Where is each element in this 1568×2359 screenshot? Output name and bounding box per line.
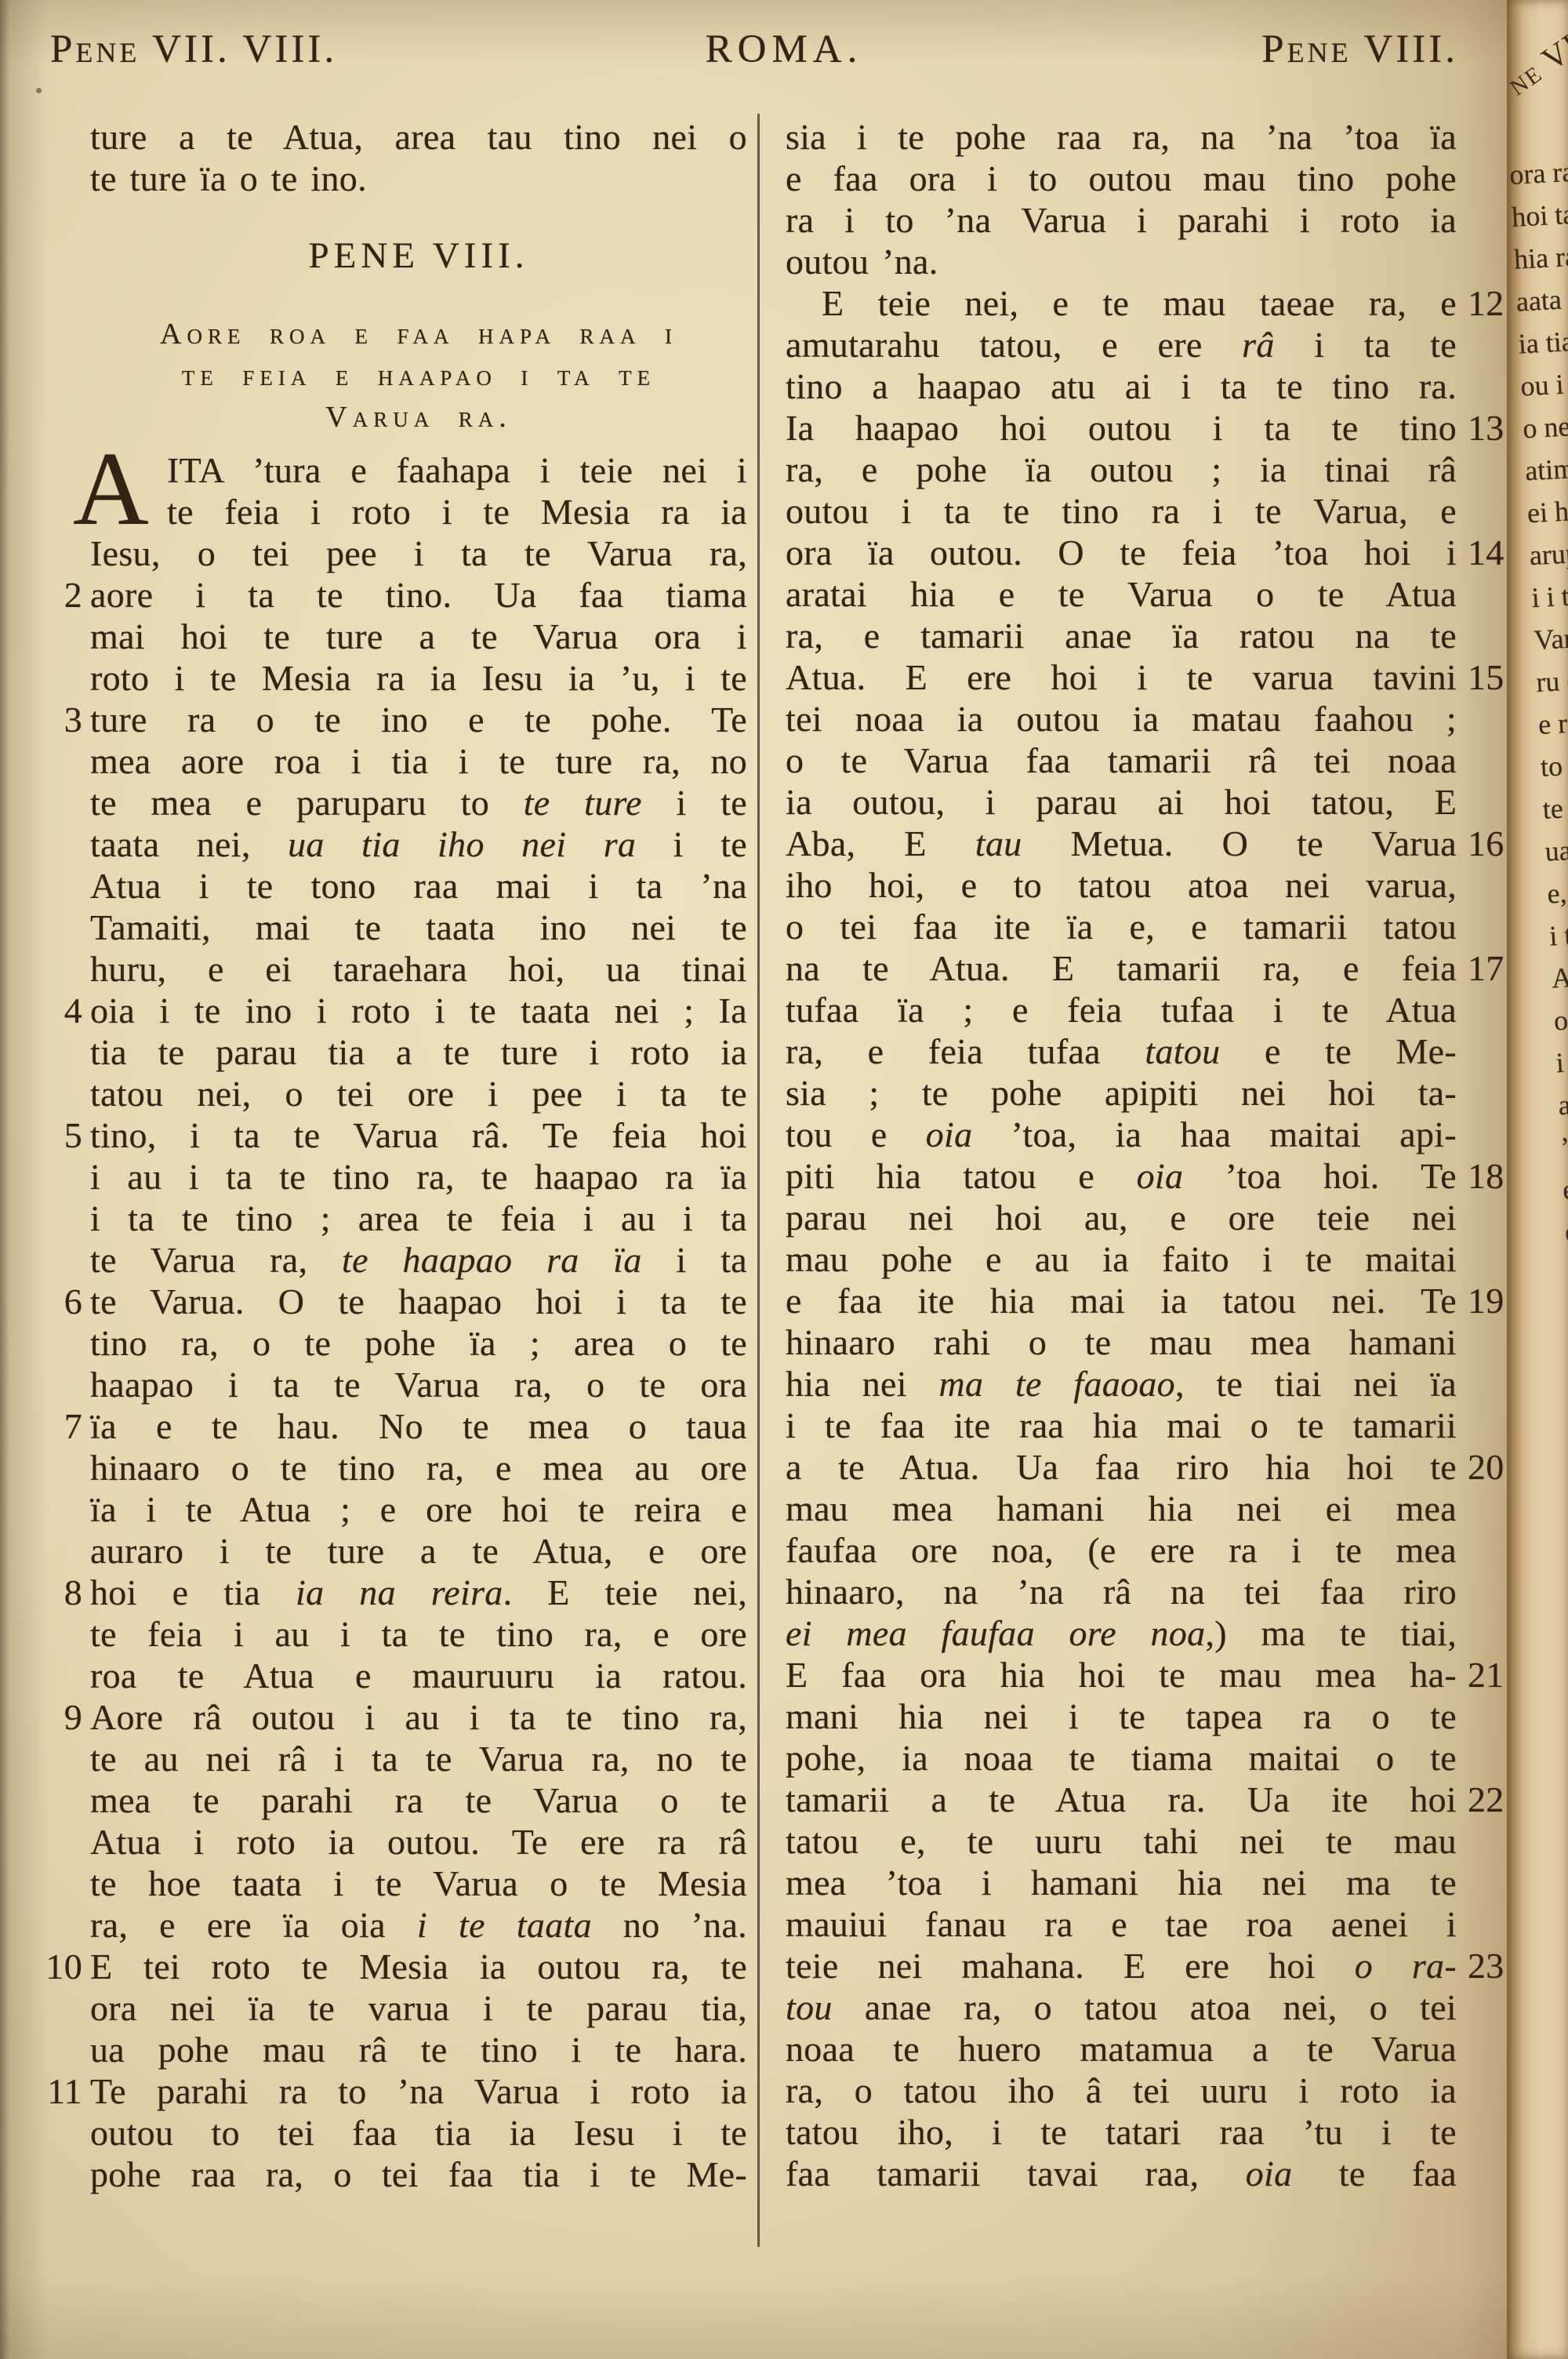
left-verse-line: te feia i roto i te Mesia ra ia [90,491,747,533]
right-verse-line: sia ; te pohe apipiti nei hoi ta- [786,1072,1457,1114]
right-verse-line: sia i te pohe raa ra, na ’na ’toa ïa [786,116,1457,158]
line-text: ïa e te hau. No te mea o taua [90,1406,747,1446]
line-text: ra, o tatou iho â tei uuru i roto ia [786,2070,1457,2110]
edge-text-fragment: ’na Tama [1559,1120,1568,1169]
line-text: ora ïa outou. O te feia ’toa hoi i [786,533,1457,572]
left-verse-line: ra, e ere ïa oia i te taata no ’na. [90,1904,747,1946]
left-verse-line: mea te parahi ra te Varua o te [90,1779,747,1821]
left-verse-line: te au nei râ i ta te Varua ra, no te [90,1738,747,1779]
left-verse-line: ture a te Atua, area tau tino nei o [90,116,747,158]
right-verse-line: e faa ora i to outou mau tino pohe [786,158,1457,199]
right-verse-line: tufaa ïa ; e feia tufaa i te Atua [786,989,1457,1030]
left-verse-line: Atua i roto ia outou. Te ere ra râ [90,1821,747,1863]
line-text: faa tamarii tavai raa, oia te faa [786,2154,1457,2194]
left-verse-line: ITA ’tura e faahapa i teie nei i [90,449,747,491]
left-verse-line: 10E tei roto te Mesia ia outou ra, te [90,1946,747,1987]
line-text: Iesu, o tei pee i ta te Varua ra, [90,533,747,573]
section-heading-line: Aore roa e faa hapa raa i [90,314,747,355]
line-text: auraro i te ture a te Atua, e ore [90,1531,747,1571]
running-head-right: Pene VIII. [1261,27,1458,72]
left-verse-line: i ta te tino ; area te feia i au i ta [90,1198,747,1239]
right-verse-line: outou i ta te tino ra i te Varua, e [786,490,1457,532]
line-text: ra, e ere ïa oia i te taata no ’na. [90,1905,747,1945]
left-verse-line: haapao i ta te Varua ra, o te ora [90,1364,747,1405]
line-text: Atua. E ere hoi i te varua tavini [786,657,1457,697]
line-text: o te Varua faa tamarii râ tei noaa [786,740,1457,780]
line-text: ei mea faufaa ore noa,) ma te tiai, [786,1613,1457,1653]
right-verse-line: tino a haapao atu ai i ta te tino ra. [786,365,1457,407]
right-verse-line: mea ’toa i hamani hia nei ma te [786,1862,1457,1903]
left-verse-line: 2aore i ta te tino. Ua faa tiama [90,574,747,616]
line-text: te au nei râ i ta te Varua ra, no te [90,1739,747,1779]
line-text: mea te parahi ra te Varua o te [90,1780,747,1820]
right-verse-line: ia outou, i parau ai hoi tatou, E [786,781,1457,823]
right-column-verses: sia i te pohe raa ra, na ’na ’toa ïae fa… [786,116,1457,2194]
verse-number: 22 [1468,1779,1504,1820]
right-verse-line: 21E faa ora hia hoi te mau mea ha- [786,1654,1457,1696]
left-column-body: A ITA ’tura e faahapa i teie nei ite fei… [90,449,747,2195]
line-text: i te faa ite raa hia mai o te tamarii [786,1405,1457,1445]
line-text: Ia haapao hoi outou i ta te tino [786,408,1457,448]
edge-text-fragment: atimauu or [1524,444,1568,493]
line-text: ra, e feia tufaa tatou e te Me- [786,1031,1457,1071]
edge-text-fragment: i i te mea [1530,570,1568,619]
next-page-corner-heading: ne VIII. [1507,6,1568,104]
line-text: ora nei ïa te varua i te parau tia, [90,1988,747,2028]
left-verse-line: tino ra, o te pohe ïa ; area o te [90,1322,747,1364]
right-verse-line: o te Varua faa tamarii râ tei noaa [786,740,1457,781]
verse-number: 19 [1468,1280,1504,1321]
running-head-left: Pene VII. VIII. [50,27,337,72]
next-page-fore-edge: ne VIII. ora raa i tohoi tatou ihia ra, … [1507,0,1568,2359]
right-verse-line: outou ’na. [786,241,1457,282]
line-text: hoi e tia ia na reira. E teie nei, [90,1572,747,1612]
line-text: piti hia tatou e oia ’toa hoi. Te [786,1156,1457,1196]
right-verse-line: hia nei ma te faaoao, te tiai nei ïa [786,1363,1457,1405]
verse-number: 5 [64,1114,82,1156]
left-verse-line: Tamaiti, mai te taata ino nei te [90,907,747,948]
left-verse-line: outou to tei faa tia ia Iesu i te [90,2112,747,2154]
next-page-text-fragments: ora raa i tohoi tatou ihia ra, e eraata … [1508,147,1568,2268]
line-text: tei noaa ia outou ia matau faahou ; [786,699,1457,739]
line-text: Aba, E tau Metua. O te Varua [786,823,1457,863]
edge-text-fragment: hoi tatou i [1511,190,1568,238]
verse-number: 3 [64,699,82,740]
line-text: parau nei hoi au, e ore teie nei [786,1198,1457,1238]
line-text: outou i ta te tino ra i te Varua, e [786,491,1457,531]
line-text: te mea e paruparu to te ture i te [90,783,747,823]
left-column: ture a te Atua, area tau tino nei ote tu… [90,116,747,2195]
right-verse-line: 12E teie nei, e te mau taeae ra, e [786,282,1457,324]
verse-number: 11 [47,2070,82,2112]
left-verse-line: 6te Varua. O te haapao hoi i ta te [90,1281,747,1322]
right-verse-line: faufaa ore noa, (e ere ra i te mea [786,1529,1457,1571]
line-text: i ta te tino ; area te feia i au i ta [90,1198,747,1238]
edge-text-fragment: ia tiai atu i [1517,317,1568,365]
right-verse-line: amutarahu tatou, e ere râ i ta te [786,324,1457,365]
line-text: te feia i roto i te Mesia ra ia [167,492,747,532]
edge-text-fragment: to te Varu [1540,740,1568,788]
right-verse-line: o tei faa ite ïa e, e tamarii tatou [786,906,1457,947]
right-verse-line: pohe, ia noaa te tiama maitai o te [786,1737,1457,1779]
line-text: hinaaro rahi o te mau mea hamani [786,1322,1457,1362]
line-text: a te Atua. Ua faa riro hia hoi te [786,1447,1457,1487]
line-text: outou to tei faa tia ia Iesu i te [90,2113,747,2153]
right-verse-line: parau nei hoi au, e ore teie nei [786,1197,1457,1238]
left-verse-line: 9Aore râ outou i au i ta te tino ra, [90,1696,747,1738]
right-verse-line: 22tamarii a te Atua ra. Ua ite hoi [786,1779,1457,1820]
right-verse-line: ra, e tamarii anae ïa ratou na te [786,615,1457,656]
line-text: ïa i te Atua ; e ore hoi te reira e [90,1489,747,1529]
line-text: hinaaro o te tino ra, e mea au ore [90,1448,747,1488]
right-verse-line: 14ora ïa outou. O te feia ’toa hoi i [786,532,1457,573]
right-verse-line: 23teie nei mahana. E ere hoi o ra- [786,1945,1457,1986]
line-text: Atua i te tono raa mai i ta ’na [90,866,747,906]
right-verse-line: 13Ia haapao hoi outou i ta te tino [786,407,1457,449]
right-verse-line: tatou iho, i te tatari raa ’tu i te [786,2111,1457,2153]
verse-number: 9 [64,1696,82,1738]
verse-number: 13 [1468,407,1504,449]
verse-number: 7 [64,1405,82,1447]
line-text: tatou iho, i te tatari raa ’tu i te [786,2112,1457,2152]
right-column: sia i te pohe raa ra, na ’na ’toa ïae fa… [786,116,1457,2194]
line-text: tou e oia ’toa, ia haa maitai api- [786,1114,1457,1154]
left-verse-line: te ture ïa o te ino. [90,158,747,199]
line-text: ra, e tamarii anae ïa ratou na te [786,616,1457,656]
right-verse-line: 16Aba, E tau Metua. O te Varua [786,823,1457,864]
line-text: o tei faa ite ïa e, e tamarii tatou [786,907,1457,947]
right-verse-line: 17na te Atua. E tamarii ra, e feia [786,947,1457,989]
line-text: mau mea hamani hia nei ei mea [786,1488,1457,1528]
right-verse-line: 20a te Atua. Ua faa riro hia hoi te [786,1446,1457,1488]
verse-number: 12 [1468,282,1504,324]
line-text: outou ’na. [786,242,938,282]
line-text: aore i ta te tino. Ua faa tiama [90,575,747,615]
left-verse-line: mea aore roa i tia i te ture ra, no [90,740,747,782]
edge-text-fragment: i te mai [1548,909,1568,958]
column-divider-rule [757,114,760,2247]
line-text: ua pohe mau râ te tino i te hara. [90,2030,747,2070]
line-text: ture ra o te ino e te pohe. Te [90,700,747,740]
right-verse-line: tatou e, te uuru tahi nei te mau [786,1820,1457,1862]
running-head-title: ROMA. [643,27,925,72]
line-text: ITA ’tura e faahapa i teie nei i [167,450,747,490]
verse-number: 4 [64,990,82,1031]
line-text: i au i ta te tino ra, te haapao ra ïa [90,1157,747,1197]
edge-text-fragment: i mutaa [1555,1036,1568,1085]
edge-text-fragment: e rave [1564,1205,1568,1253]
left-verse-line: ora nei ïa te varua i te parau tia, [90,1987,747,2029]
left-verse-line: ïa i te Atua ; e ore hoi te reira e [90,1488,747,1530]
right-verse-line: iho hoi, e to tatou atoa nei varua, [786,864,1457,906]
line-text: E teie nei, e te mau taeae ra, e [822,283,1457,323]
right-verse-line: ra, e pohe ïa outou ; ia tinai râ [786,449,1457,490]
line-text: aratai hia e te Varua o te Atua [786,574,1457,614]
line-text: noaa te huero matamua a te Varua [786,2029,1457,2069]
edge-text-fragment: Varua ih [1533,612,1568,661]
right-verse-line: mau mea hamani hia nei ei mea [786,1488,1457,1529]
line-text: roa te Atua e mauruuru ia ratou. [90,1656,747,1696]
line-text: ia outou, i parau ai hoi tatou, E [786,782,1457,822]
line-text: e faa ora i to outou mau tino pohe [786,158,1457,198]
line-text: sia ; te pohe apipiti nei hoi ta- [786,1073,1457,1113]
edge-text-fragment: aata hoi i [1515,274,1568,323]
line-text: tamarii a te Atua ra. Ua ite hoi [786,1779,1457,1819]
line-text: tino ra, o te pohe ïa ; area o te [90,1323,747,1363]
left-verse-line: roa te Atua e mauruuru ia ratou. [90,1655,747,1696]
section-heading: Aore roa e faa hapa raa i te feia e haap… [90,314,747,438]
line-text: mai hoi te ture a te Varua ora i [90,616,747,656]
line-text: pohe raa ra, o tei faa tia i te Me- [90,2154,747,2194]
left-verse-line: pohe raa ra, o tei faa tia i te Me- [90,2154,747,2195]
edge-text-fragment: e, te faa [1546,867,1568,915]
line-text: mauiui fanau ra e tae roa aenei i [786,1904,1457,1944]
edge-text-fragment: hia ra, e er [1513,232,1568,281]
line-text: Atua i roto ia outou. Te ere ra râ [90,1822,747,1862]
line-text: haapao i ta te Varua ra, o te ora [90,1365,747,1405]
verse-number: 17 [1468,947,1504,989]
right-verse-line: ra i to ’na Varua i parahi i roto ia [786,199,1457,241]
left-verse-line: te Varua ra, te haapao ra ïa i ta [90,1239,747,1281]
left-verse-line: roto i te Mesia ra ia Iesu ia ’u, i te [90,657,747,699]
right-verse-line: 18piti hia tatou e oia ’toa hoi. Te [786,1155,1457,1197]
right-verse-line: hinaaro rahi o te mau mea hamani [786,1321,1457,1363]
edge-text-fragment: e ra oia o [1537,697,1568,746]
right-verse-line: noaa te huero matamua a te Varua [786,2028,1457,2070]
section-heading-line: te feia e haapao i ta te [90,355,747,397]
left-verse-line: auraro i te ture a te Atua, e ore [90,1530,747,1572]
line-text: ture a te Atua, area tau tino nei o [90,117,747,157]
left-verse-line: tia te parau tia a te ture i roto ia [90,1031,747,1073]
line-text: teie nei mahana. E ere hoi o ra- [786,1946,1457,1986]
line-text: tino, i ta te Varua râ. Te feia hoi [90,1115,747,1155]
right-verse-line: ra, o tatou iho â tei uuru i roto ia [786,2070,1457,2111]
left-verse-line: te hoe taata i te Varua o te Mesia [90,1863,747,1904]
line-text: tou anae ra, o tatou atoa nei, o tei [786,1987,1457,2027]
left-column-verses: ITA ’tura e faahapa i teie nei ite feia … [90,449,747,2195]
edge-text-fragment: aruparu, a [1528,528,1568,576]
line-text: tino a haapao atu ai i ta te tino ra. [786,366,1457,406]
right-verse-line: i te faa ite raa hia mai o te tamarii [786,1405,1457,1446]
line-text: Aore râ outou i au i ta te tino ra, [90,1697,747,1737]
edge-text-fragment: aapao ate [1557,1078,1568,1127]
verse-number: 2 [64,574,82,616]
line-text: tia te parau tia a te ture i roto ia [90,1032,747,1072]
left-verse-line: 11Te parahi ra to ’na Varua i roto ia [90,2070,747,2112]
line-text: te ture ïa o te ino. [90,158,367,198]
edge-text-fragment: o nei hoi [1522,402,1568,450]
left-verse-line: te mea e paruparu to te ture i te [90,782,747,823]
left-verse-line: taata nei, ua tia iho nei ra i te [90,823,747,865]
line-text: faufaa ore noa, (e ere ra i te mea [786,1530,1457,1570]
line-text: te Varua. O te haapao hoi i ta te [90,1281,747,1321]
right-verse-line: mauiui fanau ra e tae roa aenei i [786,1903,1457,1945]
line-text: te hoe taata i te Varua o te Mesia [90,1863,747,1903]
line-text: Tamaiti, mai te taata ino nei te [90,907,747,947]
line-text: taata nei, ua tia iho nei ra i te [90,824,747,864]
verse-number: 18 [1468,1155,1504,1197]
verse-number: 15 [1468,656,1504,698]
right-verse-line: ra, e feia tufaa tatou e te Me- [786,1030,1457,1072]
left-verse-line: i au i ta te tino ra, te haapao ra ïa [90,1156,747,1198]
line-text: roto i te Mesia ra ia Iesu ia ’u, i te [90,658,747,698]
line-text: sia i te pohe raa ra, na ’na ’toa ïa [786,117,1457,157]
line-text: mea ’toa i hamani hia nei ma te [786,1863,1457,1903]
right-verse-line: faa tamarii tavai raa, oia te faa [786,2153,1457,2194]
right-verse-line: mau pohe e au ia faito i te maitai [786,1238,1457,1280]
edge-text-fragment: ei hoi te [1526,486,1568,535]
verse-number: 6 [64,1281,82,1322]
line-text: te feia i au i ta te tino ra, e ore [90,1614,747,1654]
right-verse-line: tou e oia ’toa, ia haa maitai api- [786,1114,1457,1155]
verse-number: 23 [1468,1945,1504,1986]
section-heading-line: Varua ra. [90,397,747,438]
edge-text-fragment: Atua, t [1551,951,1568,1000]
line-text: tatou e, te uuru tahi nei te mau [786,1821,1457,1861]
left-verse-line: ua pohe mau râ te tino i te hara. [90,2029,747,2070]
line-text: huru, e ei taraehara hoi, ua tinai [90,949,747,989]
line-text: mea aore roa i tia i te ture ra, no [90,741,747,781]
book-page-photo: { "header": { "left": "Pene VII. VIII.",… [0,0,1568,2359]
left-verse-line: mai hoi te ture a te Varua ora i [90,616,747,657]
left-verse-line: huru, e ei taraehara hoi, ua tinai [90,948,747,990]
line-text: tufaa ïa ; e feia tufaa i te Atua [786,990,1457,1030]
line-text: hinaaro, na ’na râ na tei faa riro [786,1572,1457,1612]
line-text: pohe, ia noaa te tiama maitai o te [786,1738,1457,1778]
left-verse-line: 4oia i te ino i roto i te taata nei ; Ia [90,990,747,1031]
line-text: oia i te ino i roto i te taata nei ; Ia [90,990,747,1030]
right-verse-line: tei noaa ia outou ia matau faahou ; [786,698,1457,740]
edge-text-fragment: ei mata [1562,1162,1568,1211]
running-head: Pene VII. VIII. ROMA. Pene VIII. [0,27,1568,85]
line-text: iho hoi, e to tatou atoa nei varua, [786,865,1457,905]
left-verse-line: 8hoi e tia ia na reira. E teie nei, [90,1572,747,1613]
verse-number: 16 [1468,823,1504,864]
verse-number: 10 [45,1946,82,1987]
line-text: mani hia nei i te tapea ra o te [786,1696,1457,1736]
right-verse-line: ei mea faufaa ore noa,) ma te tiai, [786,1612,1457,1654]
line-text: na te Atua. E tamarii ra, e feia [786,948,1457,988]
line-text: ra, e pohe ïa outou ; ia tinai râ [786,449,1457,489]
line-text: e faa ite hia mai ia tatou nei. Te [786,1281,1457,1321]
edge-text-fragment: opua raa [1553,994,1568,1042]
edge-text-fragment: ua ra hin [1544,824,1568,873]
left-verse-line: 5tino, i ta te Varua râ. Te feia hoi [90,1114,747,1156]
line-text: amutarahu tatou, e ere râ i ta te [786,325,1457,365]
left-column-intro: ture a te Atua, area tau tino nei ote tu… [90,116,747,199]
line-text: E faa ora hia hoi te mau mea ha- [786,1655,1457,1695]
left-verse-line: te feia i au i ta te tino ra, e ore [90,1613,747,1655]
left-verse-line: 3ture ra o te ino e te pohe. Te [90,699,747,740]
edge-text-fragment: ora raa i to [1508,147,1568,196]
right-verse-line: aratai hia e te Varua o te Atua [786,573,1457,615]
line-text: Te parahi ra to ’na Varua i roto ia [90,2071,747,2111]
ink-speck [36,88,42,93]
edge-text-fragment: ou i tei ore [1519,359,1568,408]
left-verse-line: hinaaro o te tino ra, e mea au ore [90,1447,747,1488]
edge-text-fragment: te feia n [1541,782,1568,831]
right-verse-line: hinaaro, na ’na râ na tei faa riro [786,1571,1457,1612]
edge-text-fragment: ru e ore [1535,655,1568,703]
left-verse-line: tatou nei, o tei ore i pee i ta te [90,1073,747,1114]
line-text: E tei roto te Mesia ia outou ra, te [90,1946,747,1986]
verse-number: 8 [64,1572,82,1613]
right-verse-line: 19e faa ite hia mai ia tatou nei. Te [786,1280,1457,1321]
left-verse-line: Iesu, o tei pee i ta te Varua ra, [90,533,747,574]
right-verse-line: tou anae ra, o tatou atoa nei, o tei [786,1986,1457,2028]
right-verse-line: 15Atua. E ere hoi i te varua tavini [786,656,1457,698]
line-text: hia nei ma te faaoao, te tiai nei ïa [786,1364,1457,1404]
line-text: te Varua ra, te haapao ra ïa i ta [90,1240,747,1280]
line-text: mau pohe e au ia faito i te maitai [786,1239,1457,1279]
line-text: tatou nei, o tei ore i pee i ta te [90,1074,747,1114]
verse-number: 21 [1468,1654,1504,1696]
verse-number: 14 [1468,532,1504,573]
line-text: ra i to ’na Varua i parahi i roto ia [786,200,1457,240]
verse-number: 20 [1468,1446,1504,1488]
right-verse-line: mani hia nei i te tapea ra o te [786,1696,1457,1737]
left-verse-line: Atua i te tono raa mai i ta ’na [90,865,747,907]
chapter-heading: PENE VIII. [90,235,747,276]
left-verse-line: 7ïa e te hau. No te mea o taua [90,1405,747,1447]
